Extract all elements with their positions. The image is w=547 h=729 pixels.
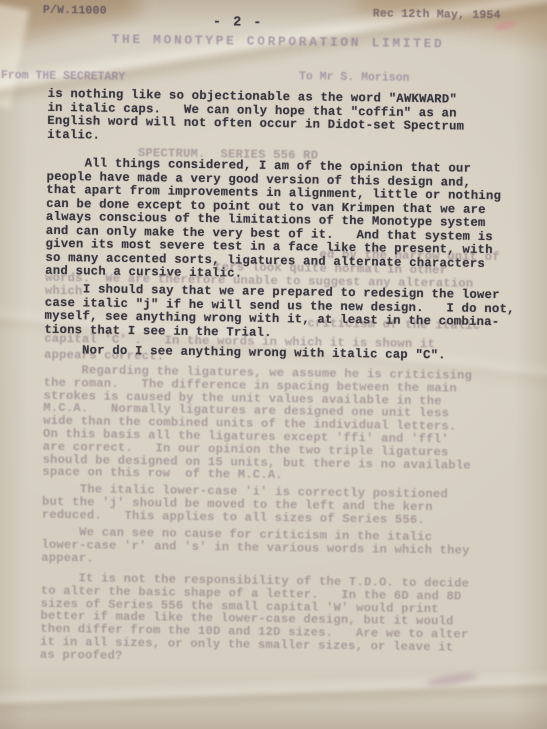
letter-paragraph-2: All things considered, I am of the opini… <box>45 157 501 285</box>
letter-paragraph-3: I should say that we are prepared to red… <box>44 283 515 344</box>
from-secretary-label: From THE SECRETARY <box>1 69 125 84</box>
letter-paragraph-1: is nothing like so objectionable as the … <box>47 88 465 148</box>
ghost-paragraph-ligatures: Regarding the ligatures, we assume he is… <box>42 364 472 485</box>
ghost-paragraph-r-s: We can see no cause for criticism in the… <box>41 526 470 570</box>
ghost-paragraph-italic-j: The italic lower-case 'i' is correctly p… <box>42 483 448 527</box>
ghost-paragraph-tdo: It is not the responsibility of the T.D.… <box>40 572 469 668</box>
typewritten-content: P/W.11000 Rec 12th May, 1954 - 2 - THE M… <box>0 0 547 729</box>
to-recipient-label: To Mr S. Morison <box>299 70 410 85</box>
document-photo: P/W.11000 Rec 12th May, 1954 - 2 - THE M… <box>0 0 547 729</box>
